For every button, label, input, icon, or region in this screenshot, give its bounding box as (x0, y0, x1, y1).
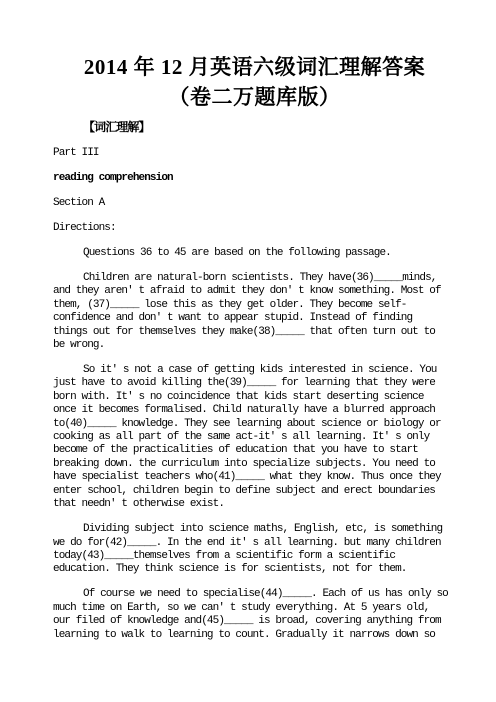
part-iii-label: Part III (53, 147, 456, 160)
questions-intro-line: Questions 36 to 45 are based on the foll… (53, 247, 456, 260)
passage-paragraph-1: Children are natural-born scientists. Th… (53, 272, 456, 352)
section-a-label: Section A (53, 197, 456, 210)
document-page: 2014 年 12 月英语六级词汇理解答案 （卷二万题库版） 【词汇理解】 Pa… (0, 0, 496, 702)
document-title-line1: 2014 年 12 月英语六级词汇理解答案 (84, 55, 425, 79)
directions-label: Directions: (53, 222, 456, 235)
reading-comprehension-heading: reading comprehension (53, 172, 456, 185)
document-title: 2014 年 12 月英语六级词汇理解答案 （卷二万题库版） (53, 52, 456, 112)
passage-paragraph-2: So it' s not a case of getting kids inte… (53, 364, 456, 511)
vocab-comprehension-heading: 【词汇理解】 (53, 122, 456, 135)
passage-paragraph-4: Of course we need to specialise(44)_____… (53, 588, 456, 642)
passage-paragraph-3: Dividing subject into science maths, Eng… (53, 523, 456, 577)
document-title-line2: （卷二万题库版） (169, 85, 341, 109)
